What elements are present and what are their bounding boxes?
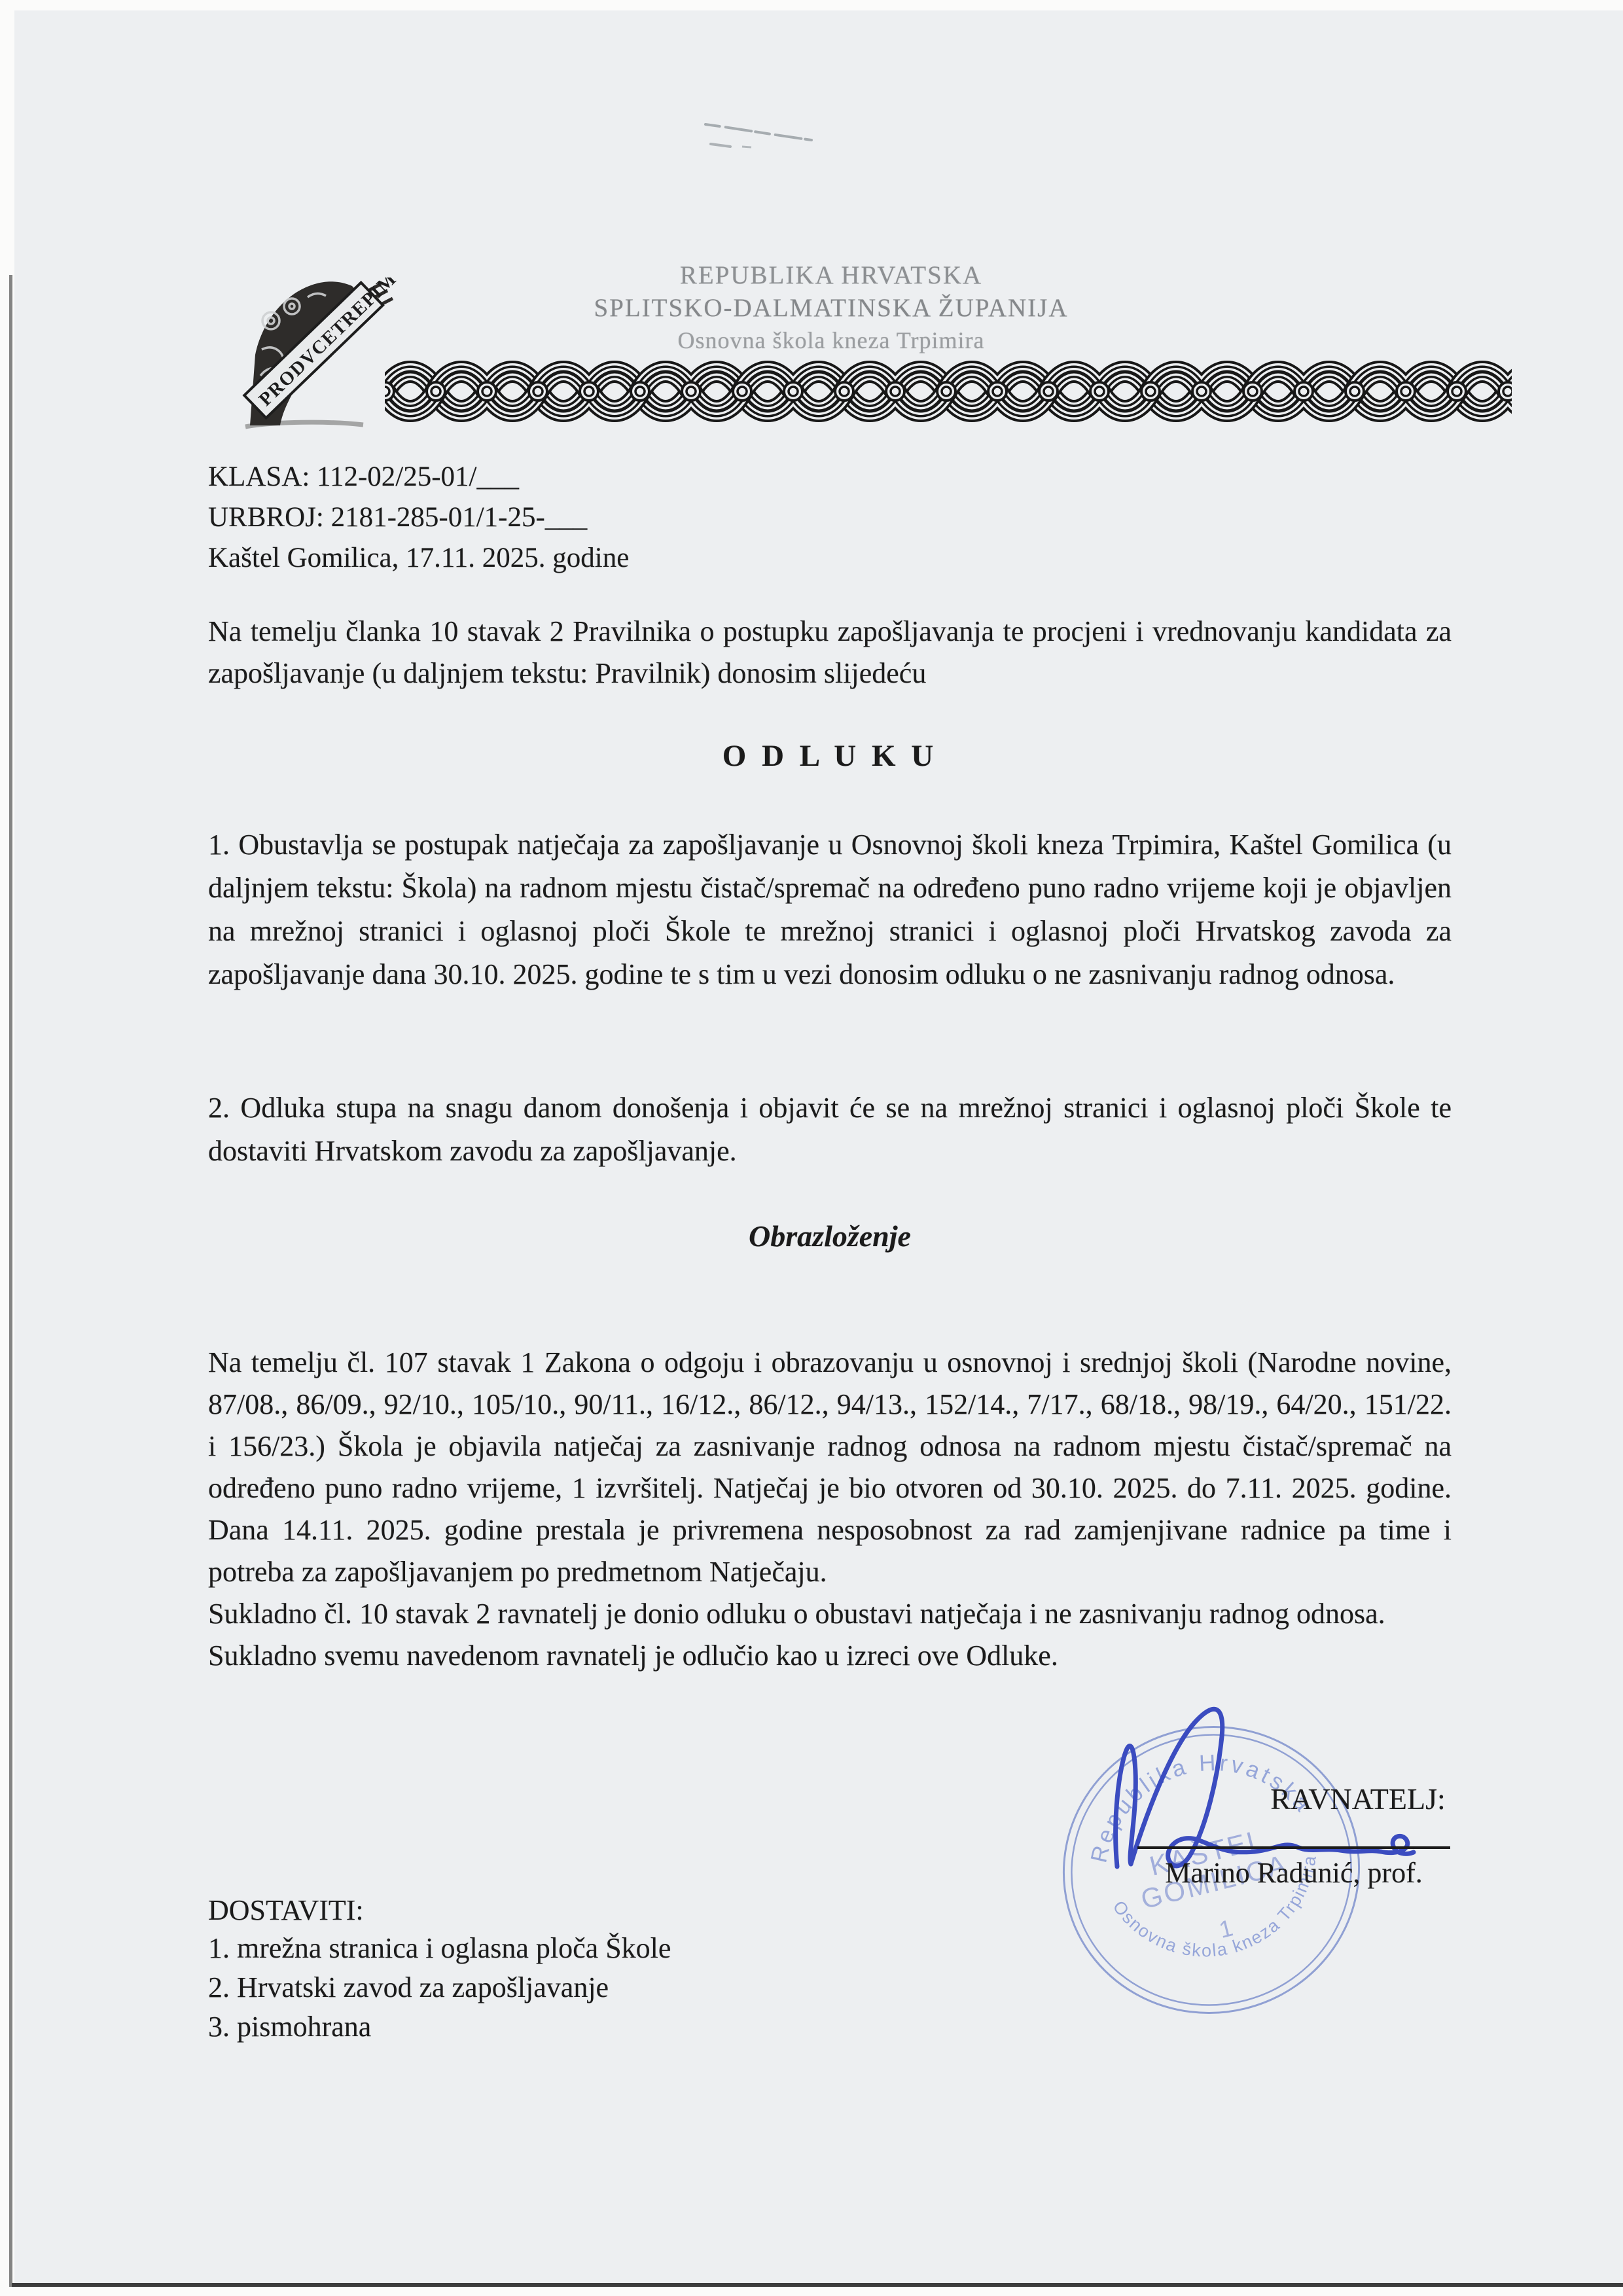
signer-role-label: RAVNATELJ:	[1217, 1782, 1499, 1816]
signer-name: Marino Radunić, prof.	[1140, 1856, 1448, 1890]
signature-line	[1137, 1846, 1450, 1849]
rationale-paragraph-3: Sukladno svemu navedenom ravnatelj je od…	[208, 1635, 1452, 1677]
pencil-smudge	[702, 110, 826, 152]
header-country: REPUBLIKA HRVATSKA	[340, 260, 1322, 290]
operative-item-1: 1. Obustavlja se postupak natječaja za z…	[208, 823, 1452, 996]
distribution-heading: DOSTAVITI:	[208, 1893, 364, 1927]
stamp-number: 1	[1217, 1914, 1236, 1943]
rationale-body: Na temelju čl. 107 stavak 1 Zakona o odg…	[208, 1342, 1452, 1677]
decision-title: O D L U K U	[208, 738, 1452, 774]
klasa-line: KLASA: 112-02/25-01/___	[208, 461, 519, 493]
distribution-item-1: 1. mrežna stranica i oglasna ploča Škole	[208, 1931, 671, 1965]
place-date-line: Kaštel Gomilica, 17.11. 2025. godine	[208, 542, 629, 574]
header-school: Osnovna škola kneza Trpimira	[340, 327, 1322, 354]
rationale-heading: Obrazloženje	[208, 1219, 1452, 1253]
urbroj-line: URBROJ: 2181-285-01/1-25-___	[208, 501, 587, 533]
scan-edge-bottom	[12, 2283, 1623, 2287]
scan-edge-left	[9, 275, 12, 2287]
rationale-paragraph-2: Sukladno čl. 10 stavak 2 ravnatelj je do…	[208, 1593, 1452, 1635]
rationale-paragraph-1: Na temelju čl. 107 stavak 1 Zakona o odg…	[208, 1342, 1452, 1593]
header-county: SPLITSKO-DALMATINSKA ŽUPANIJA	[340, 293, 1322, 323]
distribution-item-3: 3. pismohrana	[208, 2010, 371, 2043]
intro-paragraph: Na temelju članka 10 stavak 2 Pravilnika…	[208, 611, 1452, 694]
operative-item-2: 2. Odluka stupa na snagu danom donošenja…	[208, 1086, 1452, 1173]
distribution-item-2: 2. Hrvatski zavod za zapošljavanje	[208, 1971, 609, 2004]
interlace-border	[385, 360, 1512, 423]
